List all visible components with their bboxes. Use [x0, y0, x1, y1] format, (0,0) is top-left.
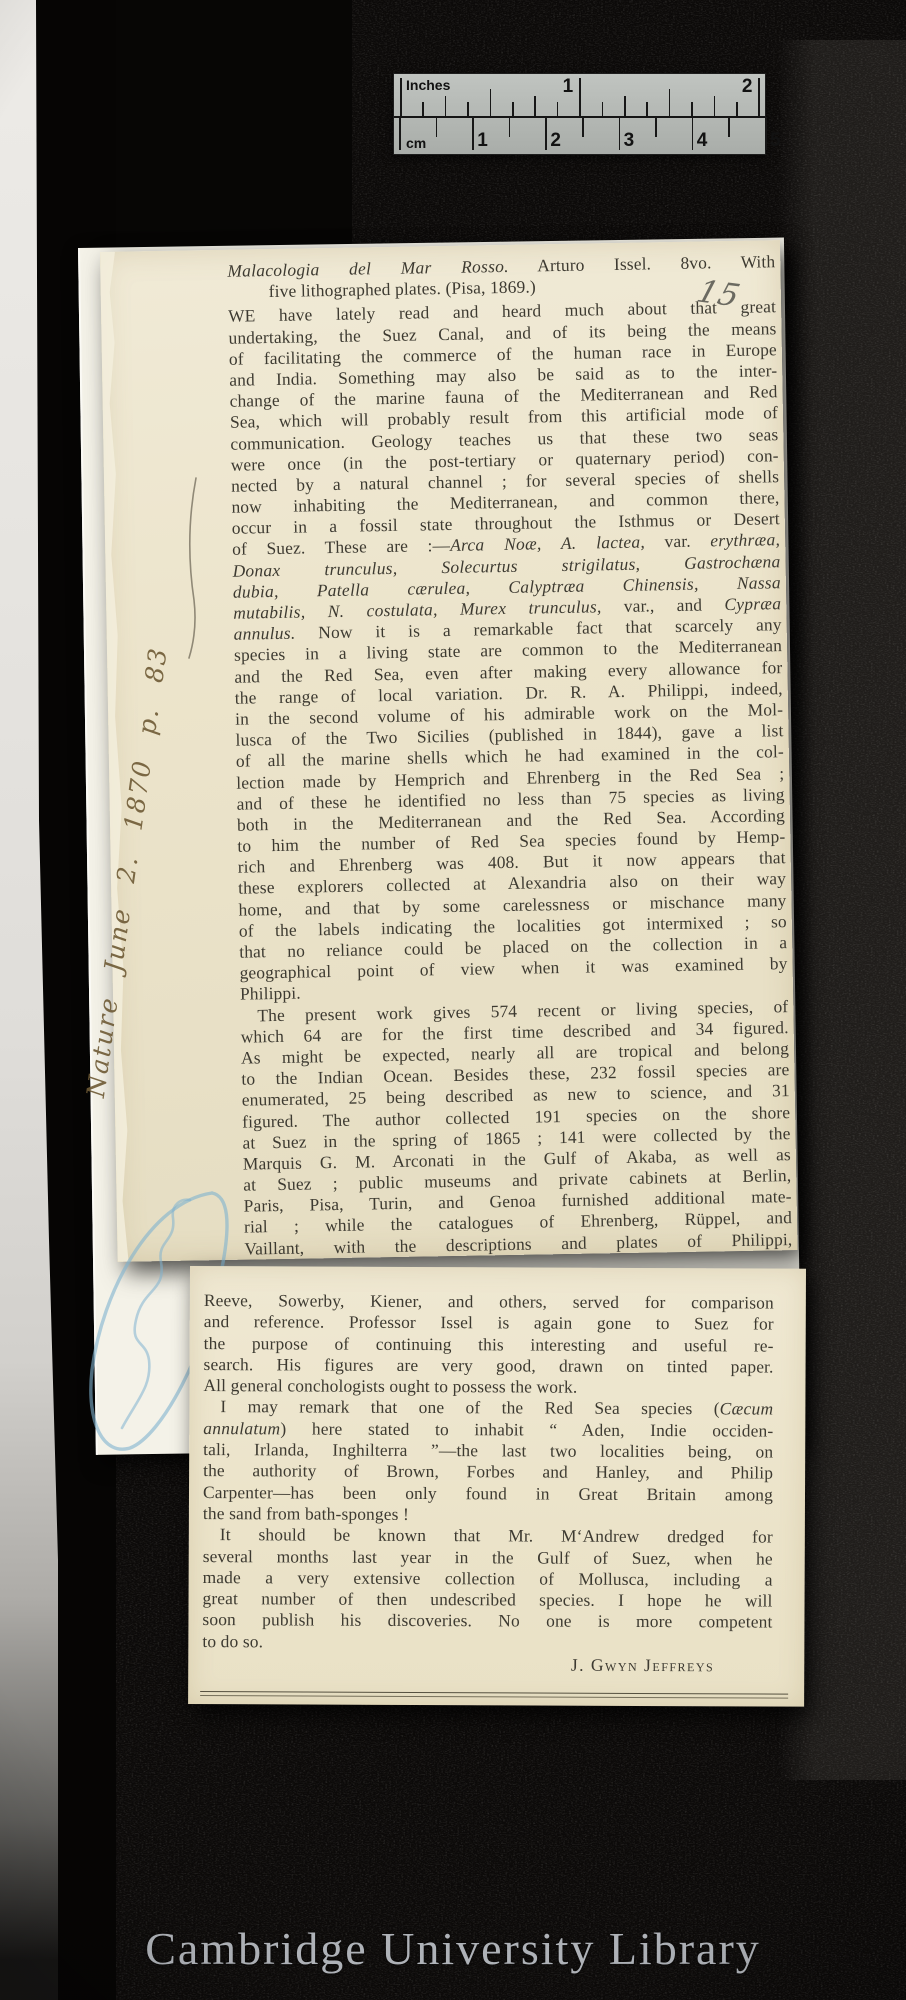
text-line: to do so.	[202, 1631, 772, 1655]
ruler-tick	[472, 117, 474, 150]
ruler-tick	[691, 102, 693, 116]
ruler-tick	[602, 102, 604, 116]
ruler-cm-number: 2	[550, 130, 561, 152]
ruler-tick	[582, 117, 584, 137]
ruler-tick	[534, 96, 536, 116]
ruler-tick	[422, 102, 424, 116]
text-line: Reeve, Sowerby, Kiener, and others, serv…	[204, 1290, 774, 1314]
text-line: great number of then undescribed species…	[203, 1588, 773, 1612]
text-line: soon publish his discoveries. No one is …	[202, 1610, 772, 1634]
ruler-tick	[619, 117, 621, 150]
text-line: the purpose of continuing this interesti…	[204, 1333, 774, 1357]
text-line: the sand from bath-sponges !	[203, 1503, 773, 1527]
clipping-body: Reeve, Sowerby, Kiener, and others, serv…	[202, 1290, 774, 1655]
ruler-inches-label: Inches	[406, 77, 450, 93]
ruler-tick	[758, 78, 760, 116]
text-line: All general conchologists ought to posse…	[203, 1375, 773, 1399]
ruler-tick	[512, 102, 514, 116]
ruler-tick	[445, 96, 447, 116]
text-line: It should be known that Mr. M‘Andrew dre…	[203, 1524, 773, 1548]
ruler-midline	[394, 116, 765, 118]
ruler-tick	[624, 96, 626, 116]
ruler-inch-number: 2	[728, 76, 752, 98]
ruler-inch-number: 1	[549, 76, 573, 98]
ruler-tick	[669, 89, 671, 116]
ruler-tick	[692, 117, 694, 150]
text-line: search. His figures are very good, drawn…	[204, 1354, 774, 1378]
end-rule	[200, 1691, 788, 1699]
text-line: the authority of Brown, Forbes and Hanle…	[203, 1460, 773, 1484]
ruler-tick	[765, 117, 767, 150]
ruler-cm-number: 4	[697, 130, 708, 152]
text-line: and reference. Professor Issel is again …	[204, 1311, 774, 1335]
text-line: tali, Irlanda, Inghilterra ”—the last tw…	[203, 1439, 773, 1463]
ruler-tick	[400, 78, 402, 116]
clipping-body: WE have lately read and heard much about…	[228, 297, 793, 1260]
library-watermark: Cambridge University Library	[0, 1922, 906, 1975]
text-line: Carpenter—has been only found in Great B…	[203, 1482, 773, 1506]
ruler-cm-number: 1	[477, 130, 488, 152]
newspaper-clipping-top: Malacologia del Mar Rosso. Arturo Issel.…	[100, 240, 798, 1262]
photo-backdrop: Malacologia del Mar Rosso. Arturo Issel.…	[0, 0, 906, 2000]
ruler-tick	[490, 89, 492, 116]
ruler-tick	[467, 102, 469, 116]
ruler-cm-number: 5	[770, 130, 781, 152]
newspaper-clipping-bottom: Reeve, Sowerby, Kiener, and others, serv…	[188, 1266, 806, 1707]
ruler-tick	[579, 78, 581, 116]
ruler-cm-label: cm	[406, 135, 426, 151]
ruler-tick	[646, 102, 648, 116]
text-line: annulatum) here stated to inhabit “ Aden…	[203, 1418, 773, 1442]
ruler-tick	[399, 117, 401, 150]
ruler-tick	[557, 102, 559, 116]
ruler-tick	[509, 117, 511, 137]
scale-ruler: Inches cm 1212345	[393, 73, 766, 155]
text-line: made a very extensive collection of Moll…	[203, 1567, 773, 1591]
ruler-tick	[655, 117, 657, 137]
text-line: I may remark that one of the Red Sea spe…	[203, 1397, 773, 1421]
ruler-tick	[714, 96, 716, 116]
clipping-title: Malacologia del Mar Rosso. Arturo Issel.…	[227, 251, 776, 303]
ruler-tick	[728, 117, 730, 137]
ruler-tick	[736, 102, 738, 116]
text-line: several months last year in the Gulf of …	[203, 1546, 773, 1570]
ruler-tick	[545, 117, 547, 150]
ruler-cm-number: 3	[624, 130, 635, 152]
signature: J. Gwyn Jeffreys	[202, 1653, 772, 1676]
ruler-tick	[436, 117, 438, 137]
